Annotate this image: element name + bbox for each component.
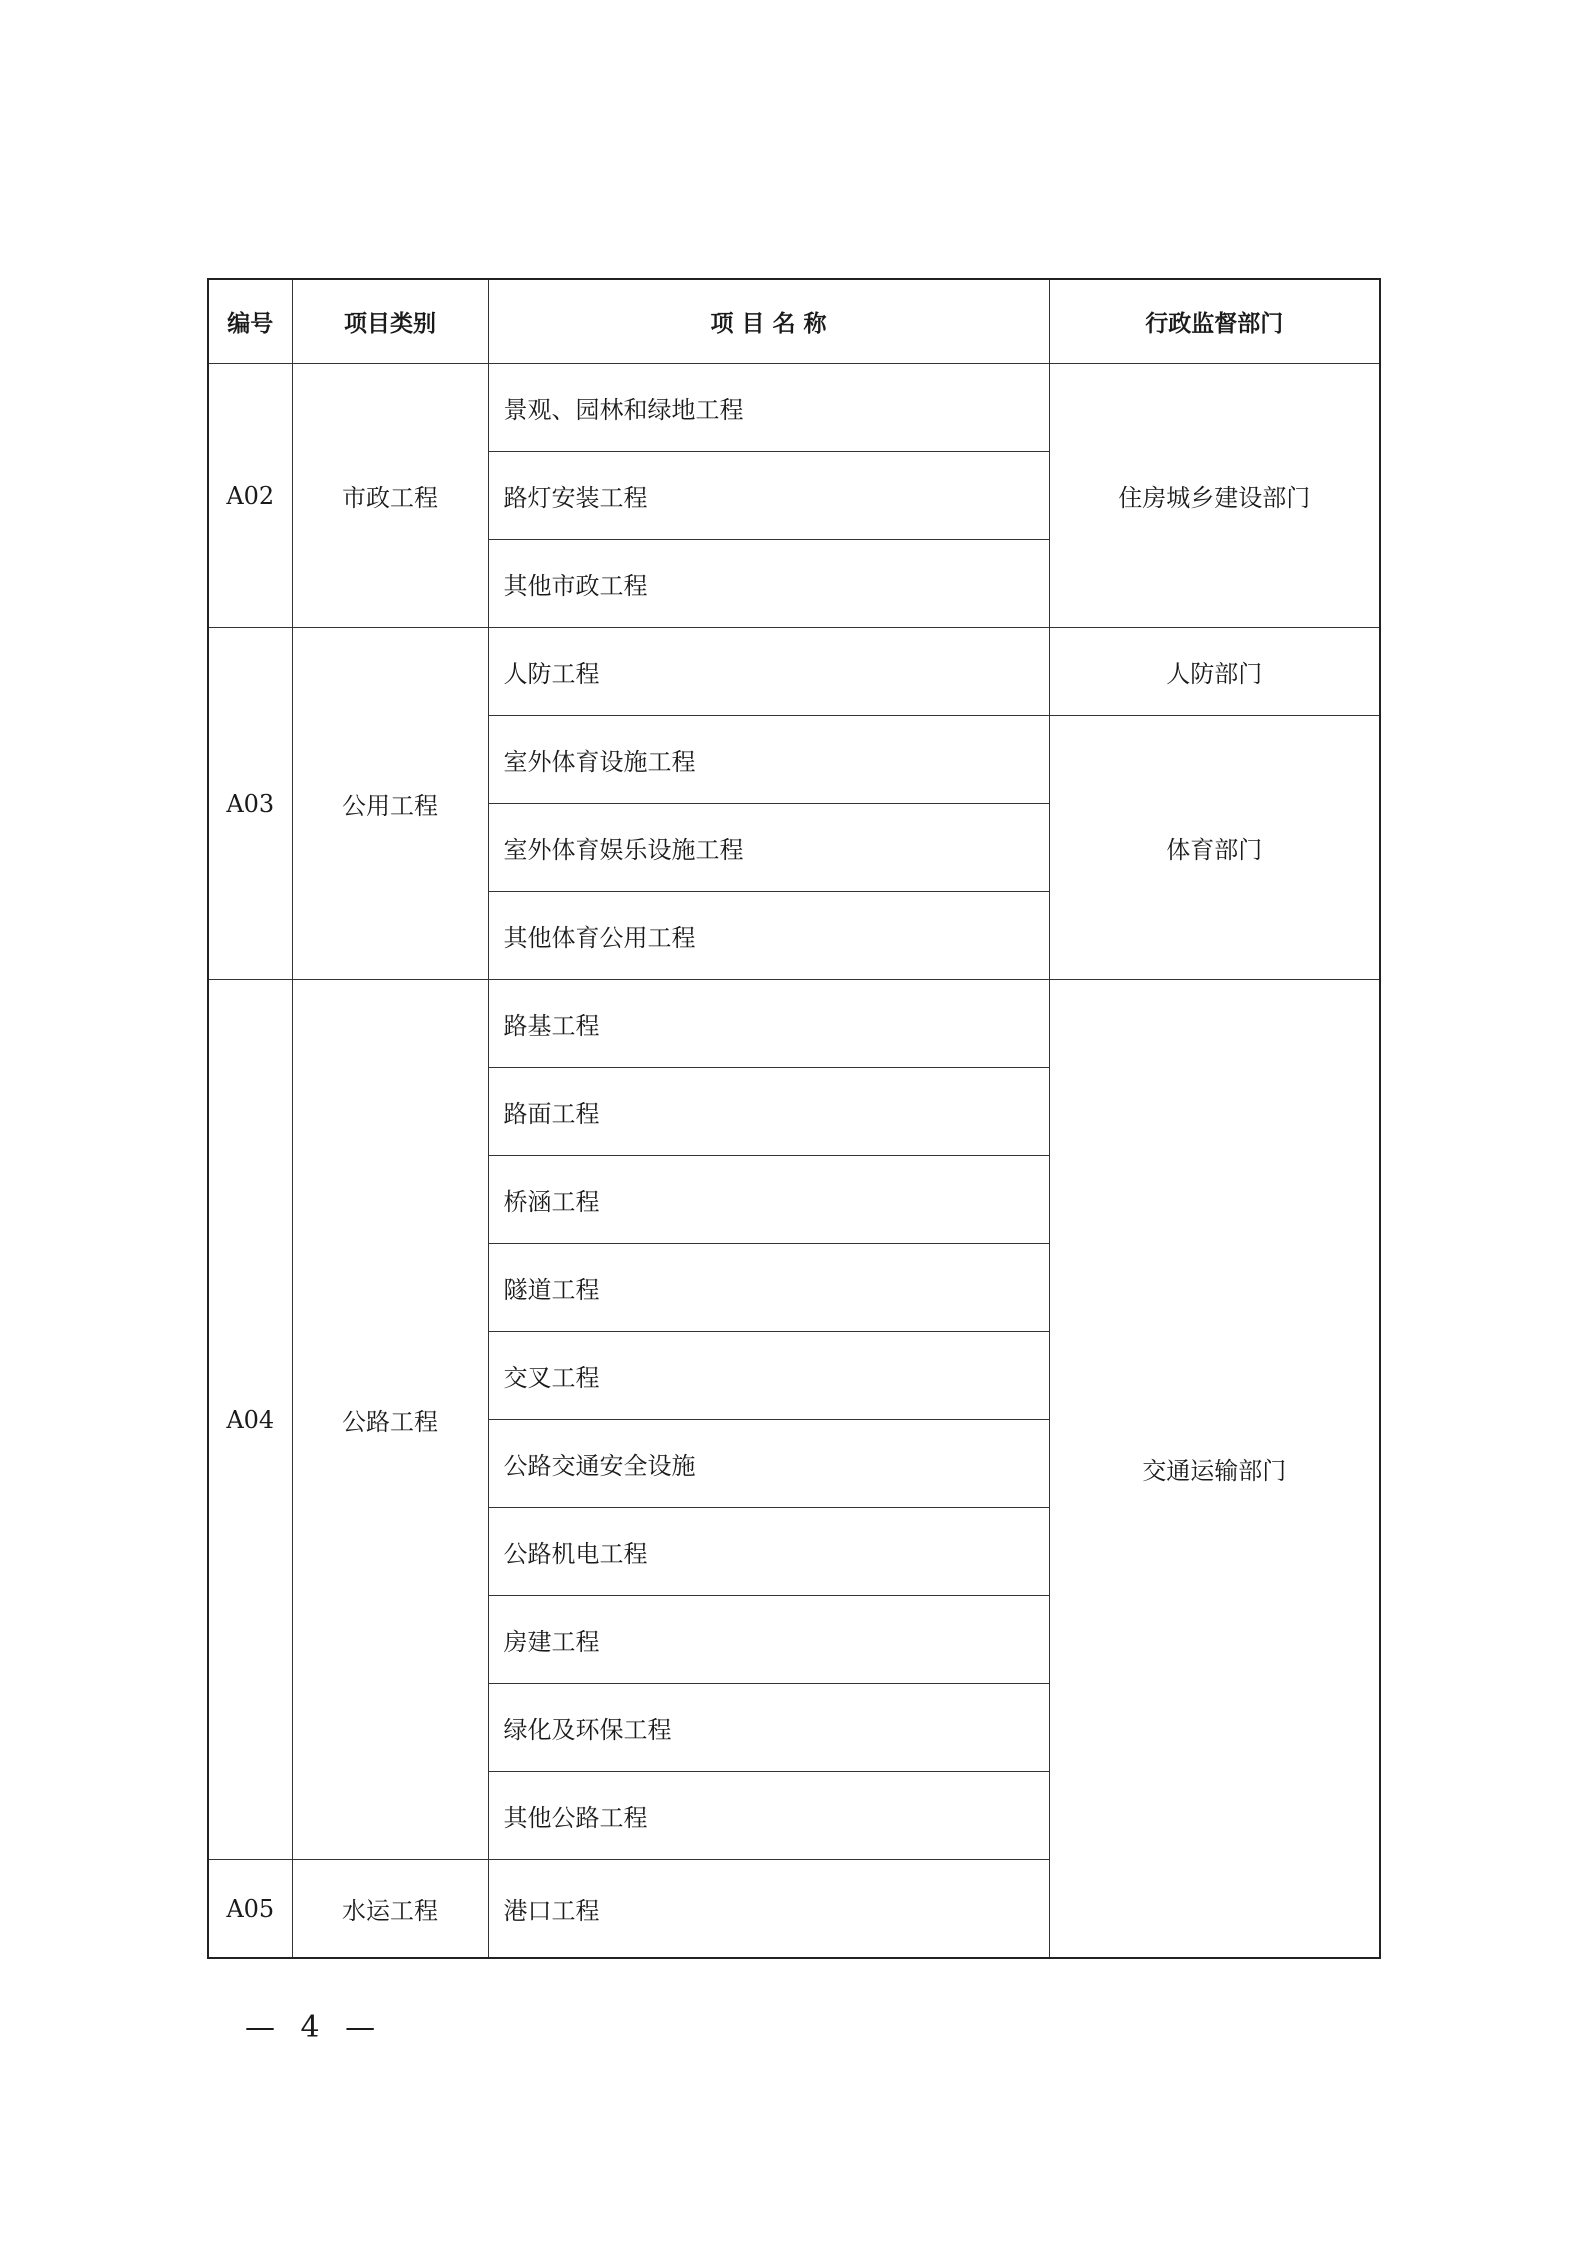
department: 住房城乡建设部门 bbox=[1049, 364, 1380, 628]
project-item: 港口工程 bbox=[488, 1860, 1049, 1959]
department: 人防部门 bbox=[1049, 628, 1380, 716]
table-row: A03 公用工程 人防工程 人防部门 bbox=[208, 628, 1380, 716]
group-category: 公路工程 bbox=[292, 980, 488, 1860]
project-item: 景观、园林和绿地工程 bbox=[488, 364, 1049, 452]
project-item: 公路交通安全设施 bbox=[488, 1420, 1049, 1508]
project-item: 路灯安装工程 bbox=[488, 452, 1049, 540]
table-header-row: 编号 项目类别 项 目 名 称 行政监督部门 bbox=[208, 279, 1380, 364]
project-item: 其他市政工程 bbox=[488, 540, 1049, 628]
header-category: 项目类别 bbox=[292, 279, 488, 364]
project-item: 其他公路工程 bbox=[488, 1772, 1049, 1860]
group-category: 市政工程 bbox=[292, 364, 488, 628]
project-item: 隧道工程 bbox=[488, 1244, 1049, 1332]
project-item: 路面工程 bbox=[488, 1068, 1049, 1156]
project-item: 室外体育设施工程 bbox=[488, 716, 1049, 804]
table-row: A04 公路工程 路基工程 交通运输部门 bbox=[208, 980, 1380, 1068]
project-item: 室外体育娱乐设施工程 bbox=[488, 804, 1049, 892]
header-code: 编号 bbox=[208, 279, 292, 364]
table-row: A02 市政工程 景观、园林和绿地工程 住房城乡建设部门 bbox=[208, 364, 1380, 452]
group-code: A03 bbox=[208, 628, 292, 980]
project-item: 路基工程 bbox=[488, 980, 1049, 1068]
project-item: 交叉工程 bbox=[488, 1332, 1049, 1420]
project-item: 公路机电工程 bbox=[488, 1508, 1049, 1596]
group-category: 水运工程 bbox=[292, 1860, 488, 1959]
department: 体育部门 bbox=[1049, 716, 1380, 980]
department: 交通运输部门 bbox=[1049, 980, 1380, 1959]
project-item: 绿化及环保工程 bbox=[488, 1684, 1049, 1772]
group-code: A04 bbox=[208, 980, 292, 1860]
page-number: — 4 — bbox=[245, 2010, 383, 2045]
group-category: 公用工程 bbox=[292, 628, 488, 980]
header-project-name: 项 目 名 称 bbox=[488, 279, 1049, 364]
header-department: 行政监督部门 bbox=[1049, 279, 1380, 364]
project-item: 人防工程 bbox=[488, 628, 1049, 716]
project-item: 其他体育公用工程 bbox=[488, 892, 1049, 980]
supervision-table: 编号 项目类别 项 目 名 称 行政监督部门 A02 市政工程 景观、园林和绿地… bbox=[207, 278, 1381, 1959]
group-code: A05 bbox=[208, 1860, 292, 1959]
project-item: 桥涵工程 bbox=[488, 1156, 1049, 1244]
project-item: 房建工程 bbox=[488, 1596, 1049, 1684]
group-code: A02 bbox=[208, 364, 292, 628]
